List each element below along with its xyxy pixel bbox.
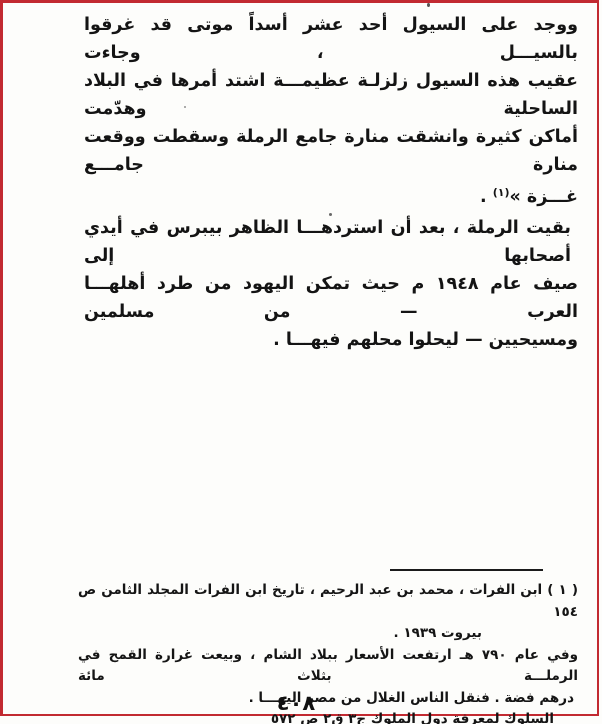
scan-speck: [427, 3, 430, 7]
footnote-separator-rule: [390, 569, 543, 571]
body-text: غـــزة »: [509, 187, 578, 207]
scan-speck: [184, 106, 186, 108]
scan-speck: [329, 213, 332, 216]
footnote-line: ( ١ ) ابن الفرات ، محمد بن عبد الرحيم ، …: [78, 580, 578, 623]
footnote-line: بيروت ١٩٣٩ .: [78, 623, 578, 645]
body-line-last: غـــزة »(١) .: [84, 179, 578, 211]
paragraph-floods: ووجد على السيول أحد عشر أسداً موتى قد غر…: [84, 11, 578, 211]
page-number: ٤٠٨: [0, 691, 602, 715]
body-line: ووجد على السيول أحد عشر أسداً موتى قد غر…: [84, 11, 578, 67]
footnote-line: وفي عام ٧٩٠ هـ ارتفعت الأسعار ببلاد الشا…: [78, 645, 578, 688]
main-text-block: ووجد على السيول أحد عشر أسداً موتى قد غر…: [84, 11, 578, 354]
scanned-book-page: ووجد على السيول أحد عشر أسداً موتى قد غر…: [0, 0, 602, 724]
body-line: بقيت الرملة ، بعد أن استردهـــا الظاهر ب…: [84, 214, 578, 270]
body-line: أماكن كثيرة وانشقت منارة جامع الرملة وسق…: [84, 123, 578, 179]
paragraph-ramla: بقيت الرملة ، بعد أن استردهـــا الظاهر ب…: [84, 214, 578, 354]
body-text: .: [480, 187, 493, 207]
body-line-last: ومسيحيين — ليحلوا محلهم فيهـــا .: [84, 326, 578, 354]
body-line: عقيب هذه السيول زلزلـة عظيمـــة اشتد أمر…: [84, 67, 578, 123]
footnote-reference-marker: (١): [493, 186, 510, 199]
body-line: صيف عام ١٩٤٨ م حيث تمكن اليهود من طرد أه…: [84, 270, 578, 326]
